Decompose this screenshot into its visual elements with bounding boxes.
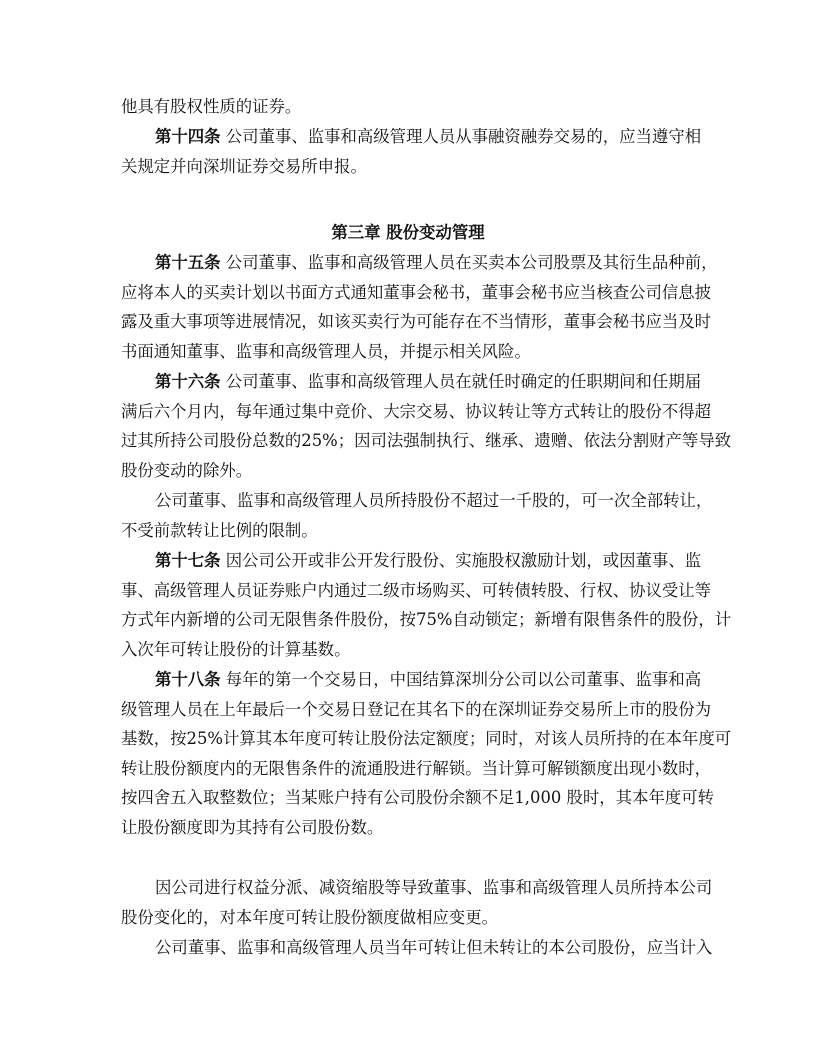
document-page: 他具有股权性质的证券。 第十四条 公司董事、监事和高级管理人员从事融资融券交易的… (0, 0, 816, 1056)
paragraph-line: 股份变动的除外。 (121, 456, 252, 486)
paragraph-first-line: 第十八条 每年的第一个交易日，中国结算深圳分公司以公司董事、监事和高 (155, 665, 696, 695)
paragraph-line: 方式年内新增的公司无限售条件股份，按75%自动锁定；新增有限售条件的股份，计 (121, 605, 696, 635)
paragraph-first-line: 第十五条 公司董事、监事和高级管理人员在买卖本公司股票及其衍生品种前， (155, 248, 696, 278)
article-label: 第十四条 (155, 127, 221, 146)
paragraph-line: 书面通知董事、监事和高级管理人员，并提示相关风险。 (121, 337, 531, 367)
paragraph-line: 按四舍五入取整数位；当某账户持有公司股份余额不足1,000 股时，其本年度可转 (121, 783, 696, 813)
article-text: 因公司公开或非公开发行股份、实施股权激励计划，或因董事、监 (221, 551, 702, 570)
paragraph-line: 基数，按25%计算其本年度可转让股份法定额度；同时，对该人员所持的在本年度可 (121, 724, 696, 754)
paragraph-line: 露及重大事项等进展情况，如该买卖行为可能存在不当情形，董事会秘书应当及时 (121, 307, 696, 337)
article-text: 公司董事、监事和高级管理人员在就任时确定的任职期间和任期届 (221, 372, 702, 391)
article-text: 公司董事、监事和高级管理人员在买卖本公司股票及其衍生品种前， (221, 253, 718, 272)
paragraph-line: 满后六个月内，每年通过集中竞价、大宗交易、协议转让等方式转让的股份不得超 (121, 397, 696, 427)
chapter-heading: 第三章 股份变动管理 (0, 218, 816, 248)
paragraph-first-line: 第十六条 公司董事、监事和高级管理人员在就任时确定的任职期间和任期届 (155, 367, 696, 397)
paragraph-line: 级管理人员在上年最后一个交易日登记在其名下的在深圳证券交易所上市的股份为 (121, 695, 696, 725)
article-label: 第十七条 (155, 551, 221, 570)
paragraph-first-line: 公司董事、监事和高级管理人员所持股份不超过一千股的，可一次全部转让， (155, 486, 696, 516)
paragraph-first-line: 公司董事、监事和高级管理人员当年可转让但未转让的本公司股份，应当计入 (155, 933, 696, 963)
paragraph-line: 过其所持公司股份总数的25%；因司法强制执行、继承、遗赠、依法分割财产等导致 (121, 426, 696, 456)
article-text: 每年的第一个交易日，中国结算深圳分公司以公司董事、监事和高 (221, 670, 702, 689)
paragraph-line: 转让股份额度内的无限售条件的流通股进行解锁。当计算可解锁额度出现小数时， (121, 754, 696, 784)
article-label: 第十八条 (155, 670, 221, 689)
paragraph-first-line: 第十七条 因公司公开或非公开发行股份、实施股权激励计划，或因董事、监 (155, 546, 696, 576)
article-text: 公司董事、监事和高级管理人员从事融资融券交易的，应当遵守相 (221, 127, 702, 146)
paragraph-line: 入次年可转让股份的计算基数。 (121, 635, 350, 665)
paragraph-line: 关规定并向深圳证券交易所申报。 (121, 152, 367, 182)
paragraph-line: 不受前款转让比例的限制。 (121, 516, 318, 546)
article-label: 第十六条 (155, 372, 221, 391)
paragraph-line: 他具有股权性质的证券。 (121, 92, 301, 122)
paragraph-line: 股份变化的，对本年度可转让股份额度做相应变更。 (121, 903, 498, 933)
paragraph-first-line: 第十四条 公司董事、监事和高级管理人员从事融资融券交易的，应当遵守相 (155, 122, 696, 152)
article-label: 第十五条 (155, 253, 221, 272)
paragraph-line: 应将本人的买卖计划以书面方式通知董事会秘书，董事会秘书应当核查公司信息披 (121, 278, 696, 308)
paragraph-line: 让股份额度即为其持有公司股份数。 (121, 813, 383, 843)
paragraph-first-line: 因公司进行权益分派、减资缩股等导致董事、监事和高级管理人员所持本公司 (155, 873, 696, 903)
paragraph-line: 事、高级管理人员证券账户内通过二级市场购买、可转债转股、行权、协议受让等 (121, 576, 696, 606)
